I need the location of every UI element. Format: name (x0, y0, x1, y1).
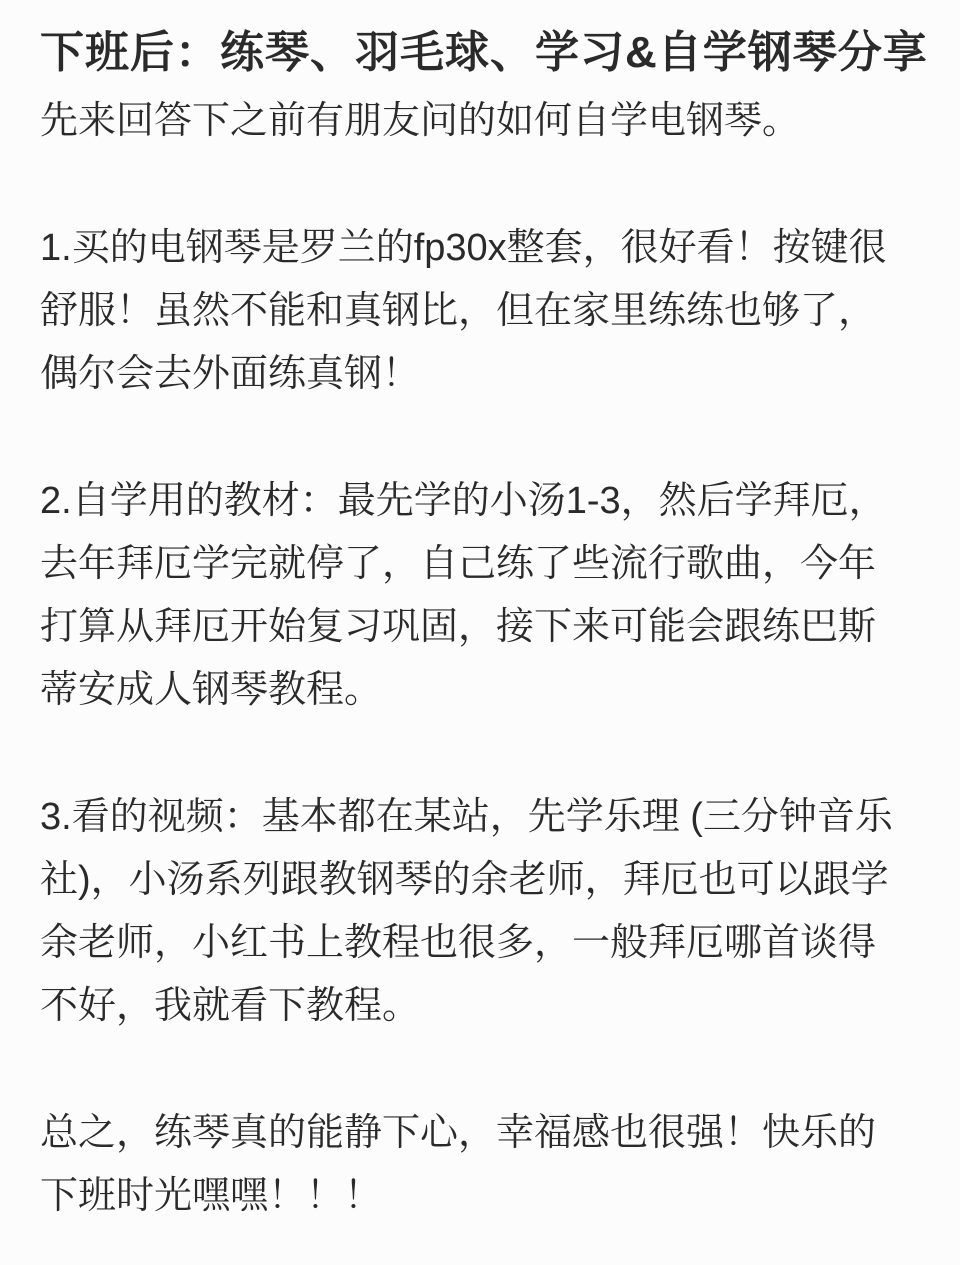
text-line: 先来回答下之前有朋友问的如何自学电钢琴。 (40, 90, 922, 153)
post-text-image: 下班后：练琴、羽毛球、学习&自学钢琴分享 先来回答下之前有朋友问的如何自学电钢琴… (0, 0, 960, 1265)
text-line: 下班时光嘿嘿！！！ (40, 1165, 922, 1228)
text-line: 3.看的视频：基本都在某站，先学乐理 (三分钟音乐 (40, 786, 922, 849)
text-line: 偶尔会去外面练真钢！ (40, 343, 922, 406)
text-line: 舒服！虽然不能和真钢比，但在家里练练也够了， (40, 280, 922, 343)
paragraph-point-1-piano-purchase: 1.买的电钢琴是罗兰的fp30x整套，很好看！按键很 舒服！虽然不能和真钢比，但… (40, 217, 922, 406)
text-line: 1.买的电钢琴是罗兰的fp30x整套，很好看！按键很 (40, 217, 922, 280)
paragraph-closing: 总之，练琴真的能静下心，幸福感也很强！快乐的 下班时光嘿嘿！！！ (40, 1102, 922, 1228)
text-line: 余老师，小红书上教程也很多，一般拜厄哪首谈得 (40, 912, 922, 975)
text-line: 去年拜厄学完就停了，自己练了些流行歌曲，今年 (40, 533, 922, 596)
text-line: 不好，我就看下教程。 (40, 975, 922, 1038)
post-title: 下班后：练琴、羽毛球、学习&自学钢琴分享 (40, 16, 922, 90)
text-line: 打算从拜厄开始复习巩固，接下来可能会跟练巴斯 (40, 596, 922, 659)
text-line: 2.自学用的教材：最先学的小汤1-3，然后学拜厄， (40, 470, 922, 533)
paragraph-intro: 先来回答下之前有朋友问的如何自学电钢琴。 (40, 90, 922, 153)
text-line: 社)，小汤系列跟教钢琴的余老师，拜厄也可以跟学 (40, 849, 922, 912)
text-line: 蒂安成人钢琴教程。 (40, 659, 922, 722)
paragraph-point-2-textbooks: 2.自学用的教材：最先学的小汤1-3，然后学拜厄， 去年拜厄学完就停了，自己练了… (40, 470, 922, 722)
text-line: 总之，练琴真的能静下心，幸福感也很强！快乐的 (40, 1102, 922, 1165)
paragraph-point-3-videos: 3.看的视频：基本都在某站，先学乐理 (三分钟音乐 社)，小汤系列跟教钢琴的余老… (40, 786, 922, 1038)
